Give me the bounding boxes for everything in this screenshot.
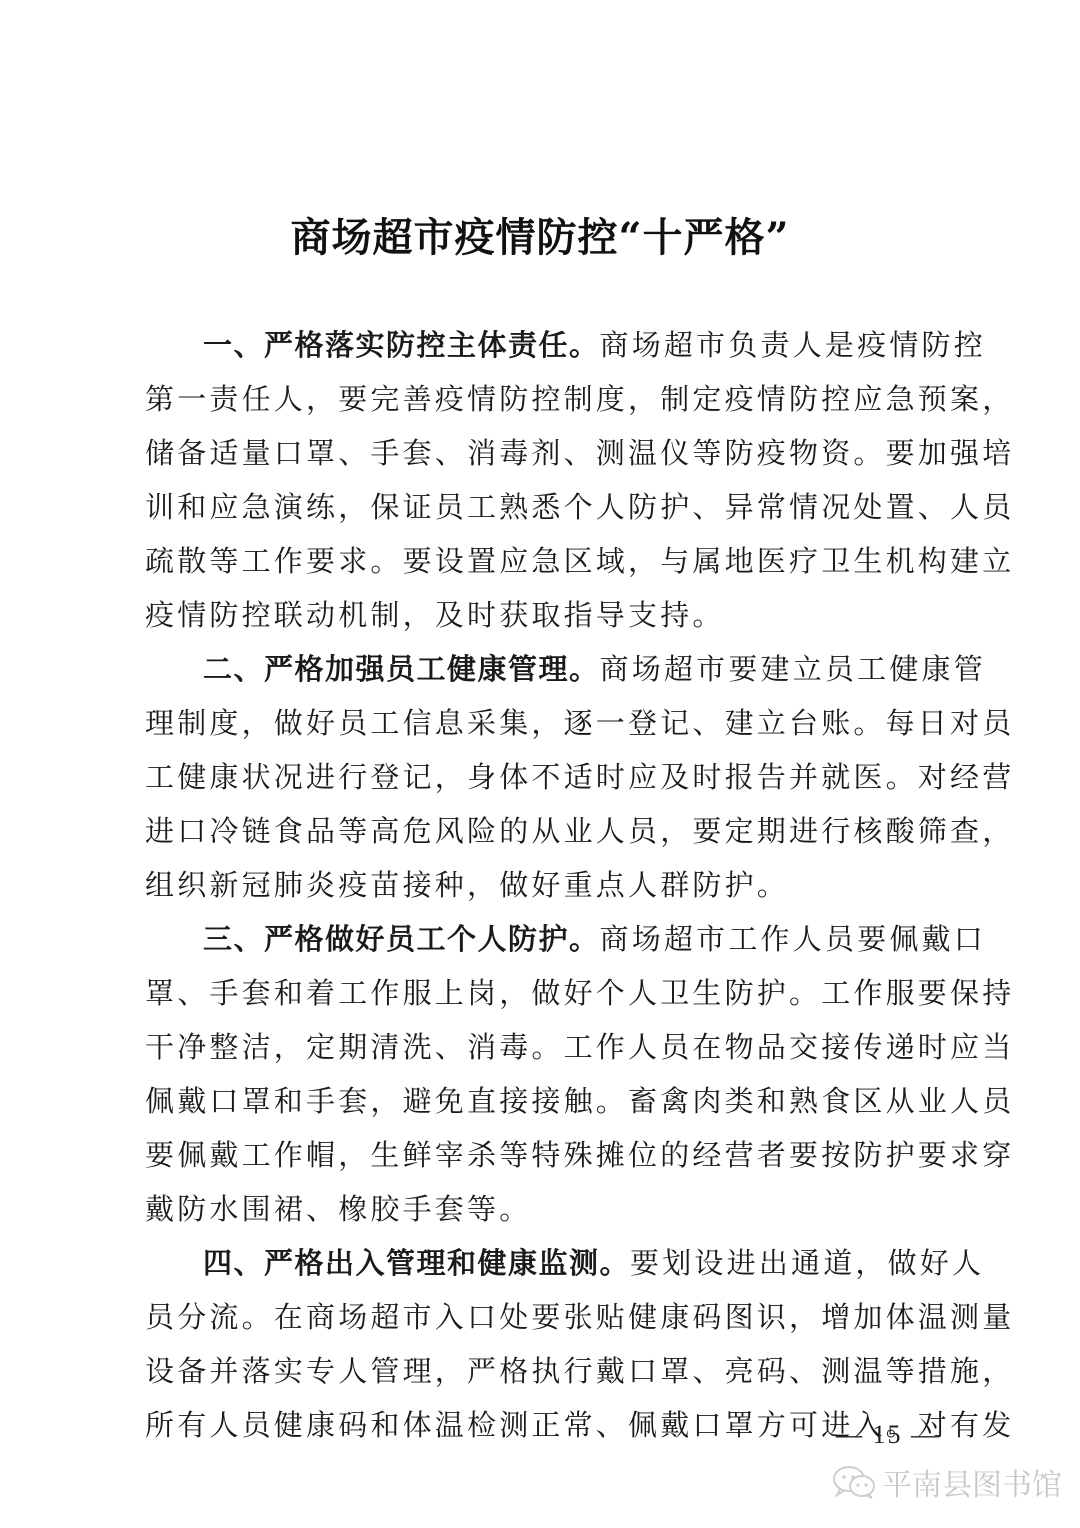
paragraph-lead: 三、严格做好员工个人防护。 (203, 922, 600, 956)
paragraph-line: 进口冷链食品等高危风险的从业人员，要定期进行核酸筛查， (145, 804, 940, 858)
paragraph-3-cont: 罩、手套和着工作服上岗，做好个人卫生防护。工作服要保持 干净整洁，定期清洗、消毒… (145, 966, 940, 1236)
paragraph-line: 戴防水围裙、橡胶手套等。 (145, 1182, 940, 1236)
paragraph-line: 商场超市要建立员工健康管 (600, 652, 986, 686)
paragraph-lead: 一、严格落实防控主体责任。 (203, 328, 600, 362)
paragraph-line: 疫情防控联动机制，及时获取指导支持。 (145, 588, 940, 642)
paragraph-line: 干净整洁，定期清洗、消毒。工作人员在物品交接传递时应当 (145, 1020, 940, 1074)
document-title: 商场超市疫情防控“十严格” (0, 206, 1080, 263)
paragraph-lead: 二、严格加强员工健康管理。 (203, 652, 600, 686)
paragraph-2: 二、严格加强员工健康管理。商场超市要建立员工健康管 (145, 642, 940, 696)
paragraph-line: 组织新冠肺炎疫苗接种，做好重点人群防护。 (145, 858, 940, 912)
paragraph-2-cont: 理制度，做好员工信息采集，逐一登记、建立台账。每日对员 工健康状况进行登记，身体… (145, 696, 940, 912)
paragraph-3: 三、严格做好员工个人防护。商场超市工作人员要佩戴口 (145, 912, 940, 966)
paragraph-line: 训和应急演练，保证员工熟悉个人防护、异常情况处置、人员 (145, 480, 940, 534)
paragraph-4-cont: 员分流。在商场超市入口处要张贴健康码图识，增加体温测量 设备并落实专人管理，严格… (145, 1290, 940, 1452)
paragraph-lead: 四、严格出入管理和健康监测。 (203, 1246, 630, 1280)
paragraph-line: 第一责任人，要完善疫情防控制度，制定疫情防控应急预案， (145, 372, 940, 426)
paragraph-line: 工健康状况进行登记，身体不适时应及时报告并就医。对经营 (145, 750, 940, 804)
paragraph-1: 一、严格落实防控主体责任。商场超市负责人是疫情防控 (145, 318, 940, 372)
wechat-icon (832, 1465, 876, 1499)
paragraph-line: 理制度，做好员工信息采集，逐一登记、建立台账。每日对员 (145, 696, 940, 750)
document-body: 一、严格落实防控主体责任。商场超市负责人是疫情防控 第一责任人，要完善疫情防控制… (145, 318, 940, 1452)
paragraph-line: 佩戴口罩和手套，避免直接接触。畜禽肉类和熟食区从业人员 (145, 1074, 940, 1128)
paragraph-4: 四、严格出入管理和健康监测。要划设进出通道，做好人 (145, 1236, 940, 1290)
paragraph-line: 储备适量口罩、手套、消毒剂、测温仪等防疫物资。要加强培 (145, 426, 940, 480)
paragraph-line: 员分流。在商场超市入口处要张贴健康码图识，增加体温测量 (145, 1290, 940, 1344)
paragraph-line: 要划设进出通道，做好人 (630, 1246, 984, 1280)
page-number: — 15 — (836, 1420, 939, 1450)
paragraph-line: 要佩戴工作帽，生鲜宰杀等特殊摊位的经营者要按防护要求穿 (145, 1128, 940, 1182)
paragraph-line: 商场超市工作人员要佩戴口 (600, 922, 986, 956)
paragraph-line: 设备并落实专人管理，严格执行戴口罩、亮码、测温等措施， (145, 1344, 940, 1398)
paragraph-line: 疏散等工作要求。要设置应急区域，与属地医疗卫生机构建立 (145, 534, 940, 588)
paragraph-line: 所有人员健康码和体温检测正常、佩戴口罩方可进入。对有发 (145, 1398, 940, 1452)
paragraph-line: 罩、手套和着工作服上岗，做好个人卫生防护。工作服要保持 (145, 966, 940, 1020)
paragraph-1-cont: 第一责任人，要完善疫情防控制度，制定疫情防控应急预案， 储备适量口罩、手套、消毒… (145, 372, 940, 642)
watermark-text: 平南县图书馆 (882, 1460, 1062, 1504)
watermark: 平南县图书馆 (832, 1460, 1062, 1504)
paragraph-line: 商场超市负责人是疫情防控 (600, 328, 986, 362)
